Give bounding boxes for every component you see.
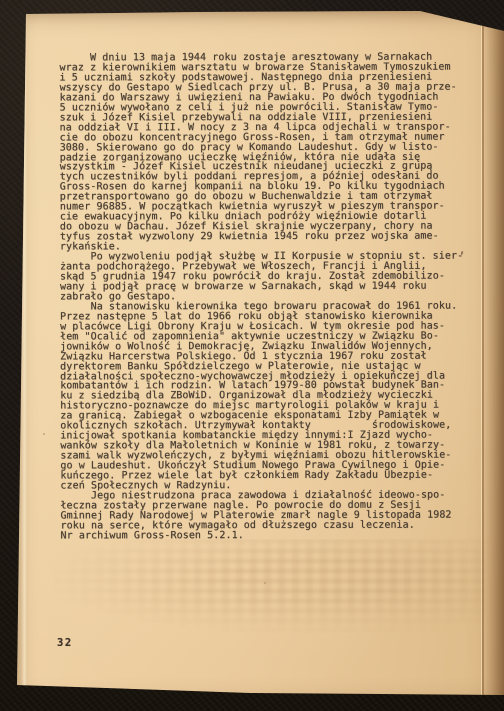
ink-speck: [264, 582, 266, 584]
scanned-page: W dniu 13 maja 1944 roku zostaje areszto…: [14, 8, 504, 711]
binding-shadow: [484, 22, 504, 703]
text-line: tyfus został wyzwolony 29 kwietnia 1945 …: [60, 232, 480, 243]
reverse-side-bleedthrough: [54, 539, 486, 633]
ink-speck: [43, 433, 45, 435]
typewritten-text: W dniu 13 maja 1944 roku zostaje areszto…: [59, 53, 480, 542]
text-line: Nr archiwum Gross-Rosen 5.2.1.: [60, 530, 480, 541]
page-number: 32: [57, 637, 73, 649]
photo-of-book-page: { "scan": { "page_number": "32", "paragr…: [0, 0, 504, 711]
page-edge-highlight: [21, 14, 27, 688]
